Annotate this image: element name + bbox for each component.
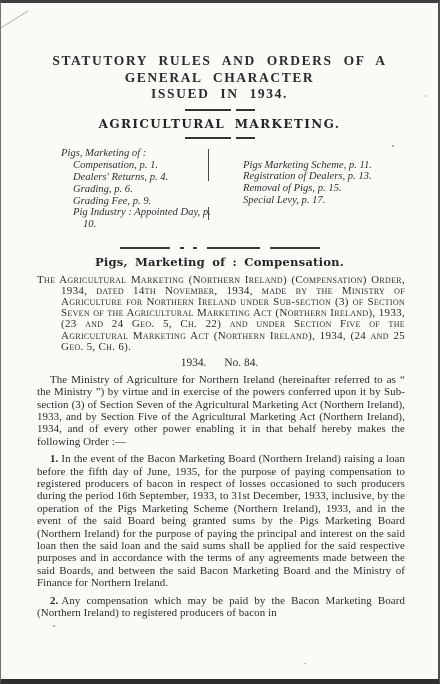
divider-rule <box>185 137 255 139</box>
scan-speck <box>304 663 306 664</box>
contents-index: Pigs, Marketing of : Compensation, p. 1.… <box>61 148 408 232</box>
index-right-column: Pigs Marketing Scheme, p. 11. Registrati… <box>243 148 372 232</box>
enacting-clause: The Ministry of Agriculture for Northern… <box>37 374 405 448</box>
index-item: Pig Industry : Appointed Day, p. 10. <box>61 207 211 231</box>
scanned-document-page: STATUTORY RULES AND ORDERS OF A GENERAL … <box>0 0 440 684</box>
index-item: Registration of Dealers, p. 13. <box>243 171 372 183</box>
article-2-text: Any compensation which may be paid by th… <box>37 595 405 619</box>
order-preamble: The Agricultural Marketing (Northern Ire… <box>37 275 405 353</box>
article-1: 1.In the event of the Bacon Marketing Bo… <box>37 453 405 589</box>
index-item: Pigs Marketing Scheme, p. 11. <box>243 160 372 172</box>
section-heading: AGRICULTURAL MARKETING. <box>1 117 438 131</box>
masthead-line-2: GENERAL CHARACTER <box>1 70 438 87</box>
dashed-divider-rule <box>120 247 320 249</box>
scan-speck <box>53 625 55 627</box>
index-item: Removal of Pigs, p. 15. <box>243 183 372 195</box>
order-year: 1934. <box>181 357 207 369</box>
order-number-line: 1934.No. 84. <box>1 357 438 369</box>
index-column-divider <box>208 149 209 220</box>
article-2: 2.Any compensation which may be paid by … <box>37 595 405 620</box>
article-2-number: 2. <box>50 595 58 607</box>
masthead-line-1: STATUTORY RULES AND ORDERS OF A <box>1 53 438 70</box>
index-item: Compensation, p. 1. <box>61 160 211 172</box>
article-1-text: In the event of the Bacon Marketing Boar… <box>37 453 405 589</box>
divider-rule <box>185 109 255 111</box>
index-item: Grading, p. 6. <box>61 184 211 196</box>
scan-corner-artifact <box>0 0 29 29</box>
index-item: Grading Fee, p. 9. <box>61 196 211 208</box>
index-item: Special Levy, p. 17. <box>243 195 372 207</box>
index-left-column: Pigs, Marketing of : Compensation, p. 1.… <box>61 148 211 232</box>
order-number: No. 84. <box>224 357 258 369</box>
order-heading: Pigs, Marketing of : Compensation. <box>1 255 438 269</box>
index-item: Dealers' Returns, p. 4. <box>61 172 211 184</box>
index-heading: Pigs, Marketing of : <box>61 148 211 160</box>
document-masthead: STATUTORY RULES AND ORDERS OF A GENERAL … <box>1 53 438 103</box>
masthead-line-3: ISSUED IN 1934. <box>1 86 438 103</box>
article-1-number: 1. <box>50 453 58 465</box>
